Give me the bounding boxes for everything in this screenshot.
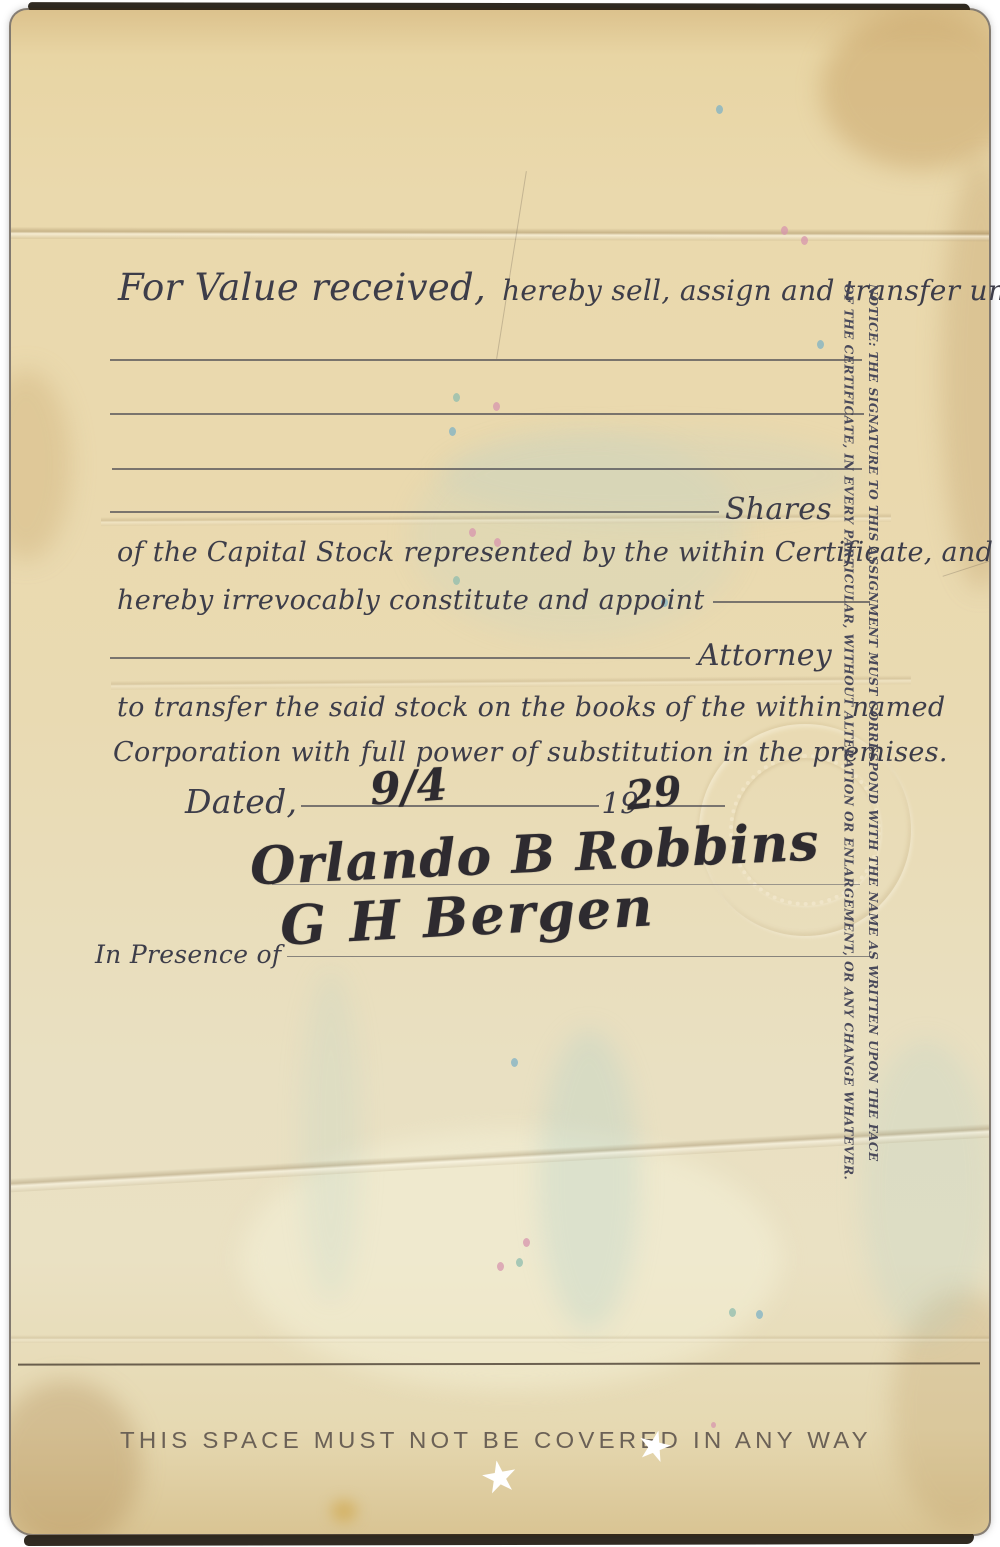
blank-line-2 xyxy=(110,413,864,415)
scanned-stock-certificate-back: For Value received, hereby sell, assign … xyxy=(0,0,1000,1547)
signature-notice: NOTICE: THE SIGNATURE TO THIS ASSIGNMENT… xyxy=(836,284,885,1036)
confetti-speck xyxy=(453,393,460,402)
confetti-speck xyxy=(453,576,460,585)
scan-edge-bottom xyxy=(24,1533,974,1546)
fold-crease-top xyxy=(11,227,989,242)
stain-top-right xyxy=(821,10,989,170)
confetti-speck xyxy=(497,1262,504,1271)
confetti-speck xyxy=(449,427,456,436)
light-patch-lower xyxy=(241,1130,781,1390)
bleedthrough-band-1 xyxy=(539,1030,639,1330)
notice-line-1: NOTICE: THE SIGNATURE TO THIS ASSIGNMENT… xyxy=(861,284,886,1036)
confetti-speck xyxy=(716,105,723,114)
shares-label: Shares xyxy=(725,492,832,527)
fold-crease-attorney xyxy=(111,675,911,690)
confetti-speck xyxy=(729,1308,736,1317)
fold-crease-lower xyxy=(11,1335,989,1343)
handwritten-date: 9/4 xyxy=(368,759,449,815)
stain-bottom-right xyxy=(891,1290,989,1530)
stain-bottom-left xyxy=(11,1380,141,1534)
confetti-speck xyxy=(756,1310,763,1319)
attorney-label: Attorney xyxy=(698,638,832,673)
blank-line-1 xyxy=(110,359,862,361)
stain-left-mid xyxy=(11,370,71,560)
appoint-text: hereby irrevocably constitute and appoin… xyxy=(117,585,705,616)
opening-line: For Value received, hereby sell, assign … xyxy=(118,266,842,309)
shares-line: Shares xyxy=(110,492,832,527)
footer-warning-text: THIS SPACE MUST NOT BE COVERED IN ANY WA… xyxy=(120,1427,872,1454)
attorney-blank-line xyxy=(110,657,690,659)
confetti-speck xyxy=(817,340,824,349)
opening-rest: hereby sell, assign and transfer unto xyxy=(502,274,1000,307)
blank-line-3 xyxy=(112,468,862,470)
opening-phrase: For Value received, xyxy=(118,266,486,309)
witness-label: In Presence of xyxy=(95,940,281,969)
confetti-speck xyxy=(469,528,476,537)
appoint-line: hereby irrevocably constitute and appoin… xyxy=(117,585,870,616)
confetti-speck xyxy=(523,1238,530,1247)
corporation-line: Corporation with full power of substitut… xyxy=(113,737,948,768)
confetti-speck xyxy=(516,1258,523,1267)
witness-blank-line xyxy=(287,956,873,957)
bleedthrough-band-2 xyxy=(861,1040,989,1340)
confetti-speck xyxy=(493,402,500,411)
handwritten-year: 29 xyxy=(624,767,684,820)
shares-blank-line xyxy=(110,511,719,513)
confetti-speck xyxy=(781,226,788,235)
bleedthrough-band-3 xyxy=(301,970,361,1300)
confetti-speck xyxy=(801,236,808,245)
confetti-speck xyxy=(511,1058,518,1067)
attorney-line: Attorney xyxy=(110,638,832,673)
stain-right-edge xyxy=(941,160,989,590)
dated-blank-line xyxy=(301,805,599,807)
stain-spot-bottom-center xyxy=(331,1500,357,1522)
dated-label: Dated, xyxy=(185,782,297,821)
transfer-line: to transfer the said stock on the books … xyxy=(117,692,945,723)
notice-line-2: OF THE CERTIFICATE, IN EVERY PARTICULAR,… xyxy=(836,284,861,1036)
pencil-scuff-1 xyxy=(496,171,527,359)
